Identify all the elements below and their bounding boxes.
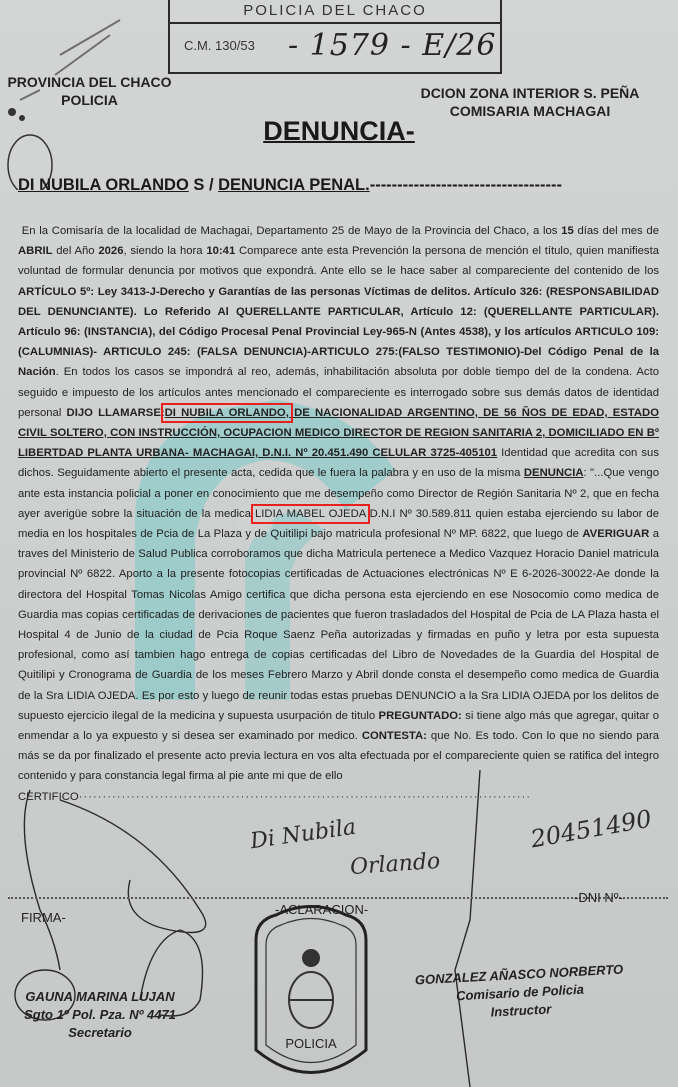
document-title: DENUNCIA- — [0, 116, 678, 147]
stamp-header: POLICIA DEL CHACO — [170, 0, 500, 24]
province-label: PROVINCIA DEL CHACO — [2, 73, 177, 91]
subject-name: DI NUBILA ORLANDO — [18, 176, 189, 194]
instructor-signature-block: GONZALEZ AÑASCO NORBERTO Comisario de Po… — [399, 960, 641, 1026]
direction-label: DCION ZONA INTERIOR S. PEÑA — [410, 84, 650, 102]
registration-stamp: POLICIA DEL CHACO C.M. 130/53 - 1579 - E… — [168, 0, 502, 74]
document-page: POLICIA DEL CHACO C.M. 130/53 - 1579 - E… — [0, 0, 678, 1087]
file-number-handwritten: - 1579 - E/26 — [288, 28, 496, 63]
police-seal-icon: POLICIA — [246, 900, 376, 1087]
certifico-label: CERTIFICO — [18, 791, 79, 803]
svg-text:POLICIA: POLICIA — [285, 1036, 337, 1051]
handwritten-clarification-2: Orlando — [349, 849, 441, 880]
header-left: PROVINCIA DEL CHACO POLICIA — [2, 73, 177, 109]
complaint-body: En la Comisaría de la localidad de Macha… — [18, 221, 659, 807]
handwritten-dni: 20451490 — [528, 805, 653, 854]
cm-label: C.M. 130/53 — [184, 38, 255, 53]
firma-label: FIRMA- — [21, 910, 66, 925]
subject-type: DENUNCIA PENAL. — [218, 176, 370, 194]
complainant-name-highlight: DI NUBILA ORLANDO, — [165, 407, 289, 419]
secretary-rank: Sgto 1º Pol. Pza. Nº 4471 — [5, 1006, 195, 1024]
header-right: DCION ZONA INTERIOR S. PEÑA COMISARIA MA… — [410, 84, 650, 120]
police-label: POLICIA — [2, 91, 177, 109]
secretary-signature-block: GAUNA MARINA LUJAN Sgto 1º Pol. Pza. Nº … — [5, 988, 195, 1042]
secretary-name: GAUNA MARINA LUJAN — [5, 988, 195, 1006]
case-subject: DI NUBILA ORLANDO S / DENUNCIA PENAL.---… — [18, 176, 562, 195]
dni-label: -DNI Nº- — [574, 890, 623, 905]
handwritten-clarification: Di Nubila — [249, 815, 358, 855]
secretary-role: Secretario — [5, 1024, 195, 1042]
accused-name-highlight: LIDIA MABEL OJEDA — [255, 508, 366, 520]
legal-references: ARTÍCULO 5º: Ley 3413-J-Derecho y Garant… — [18, 286, 659, 379]
signature-line — [8, 897, 668, 899]
